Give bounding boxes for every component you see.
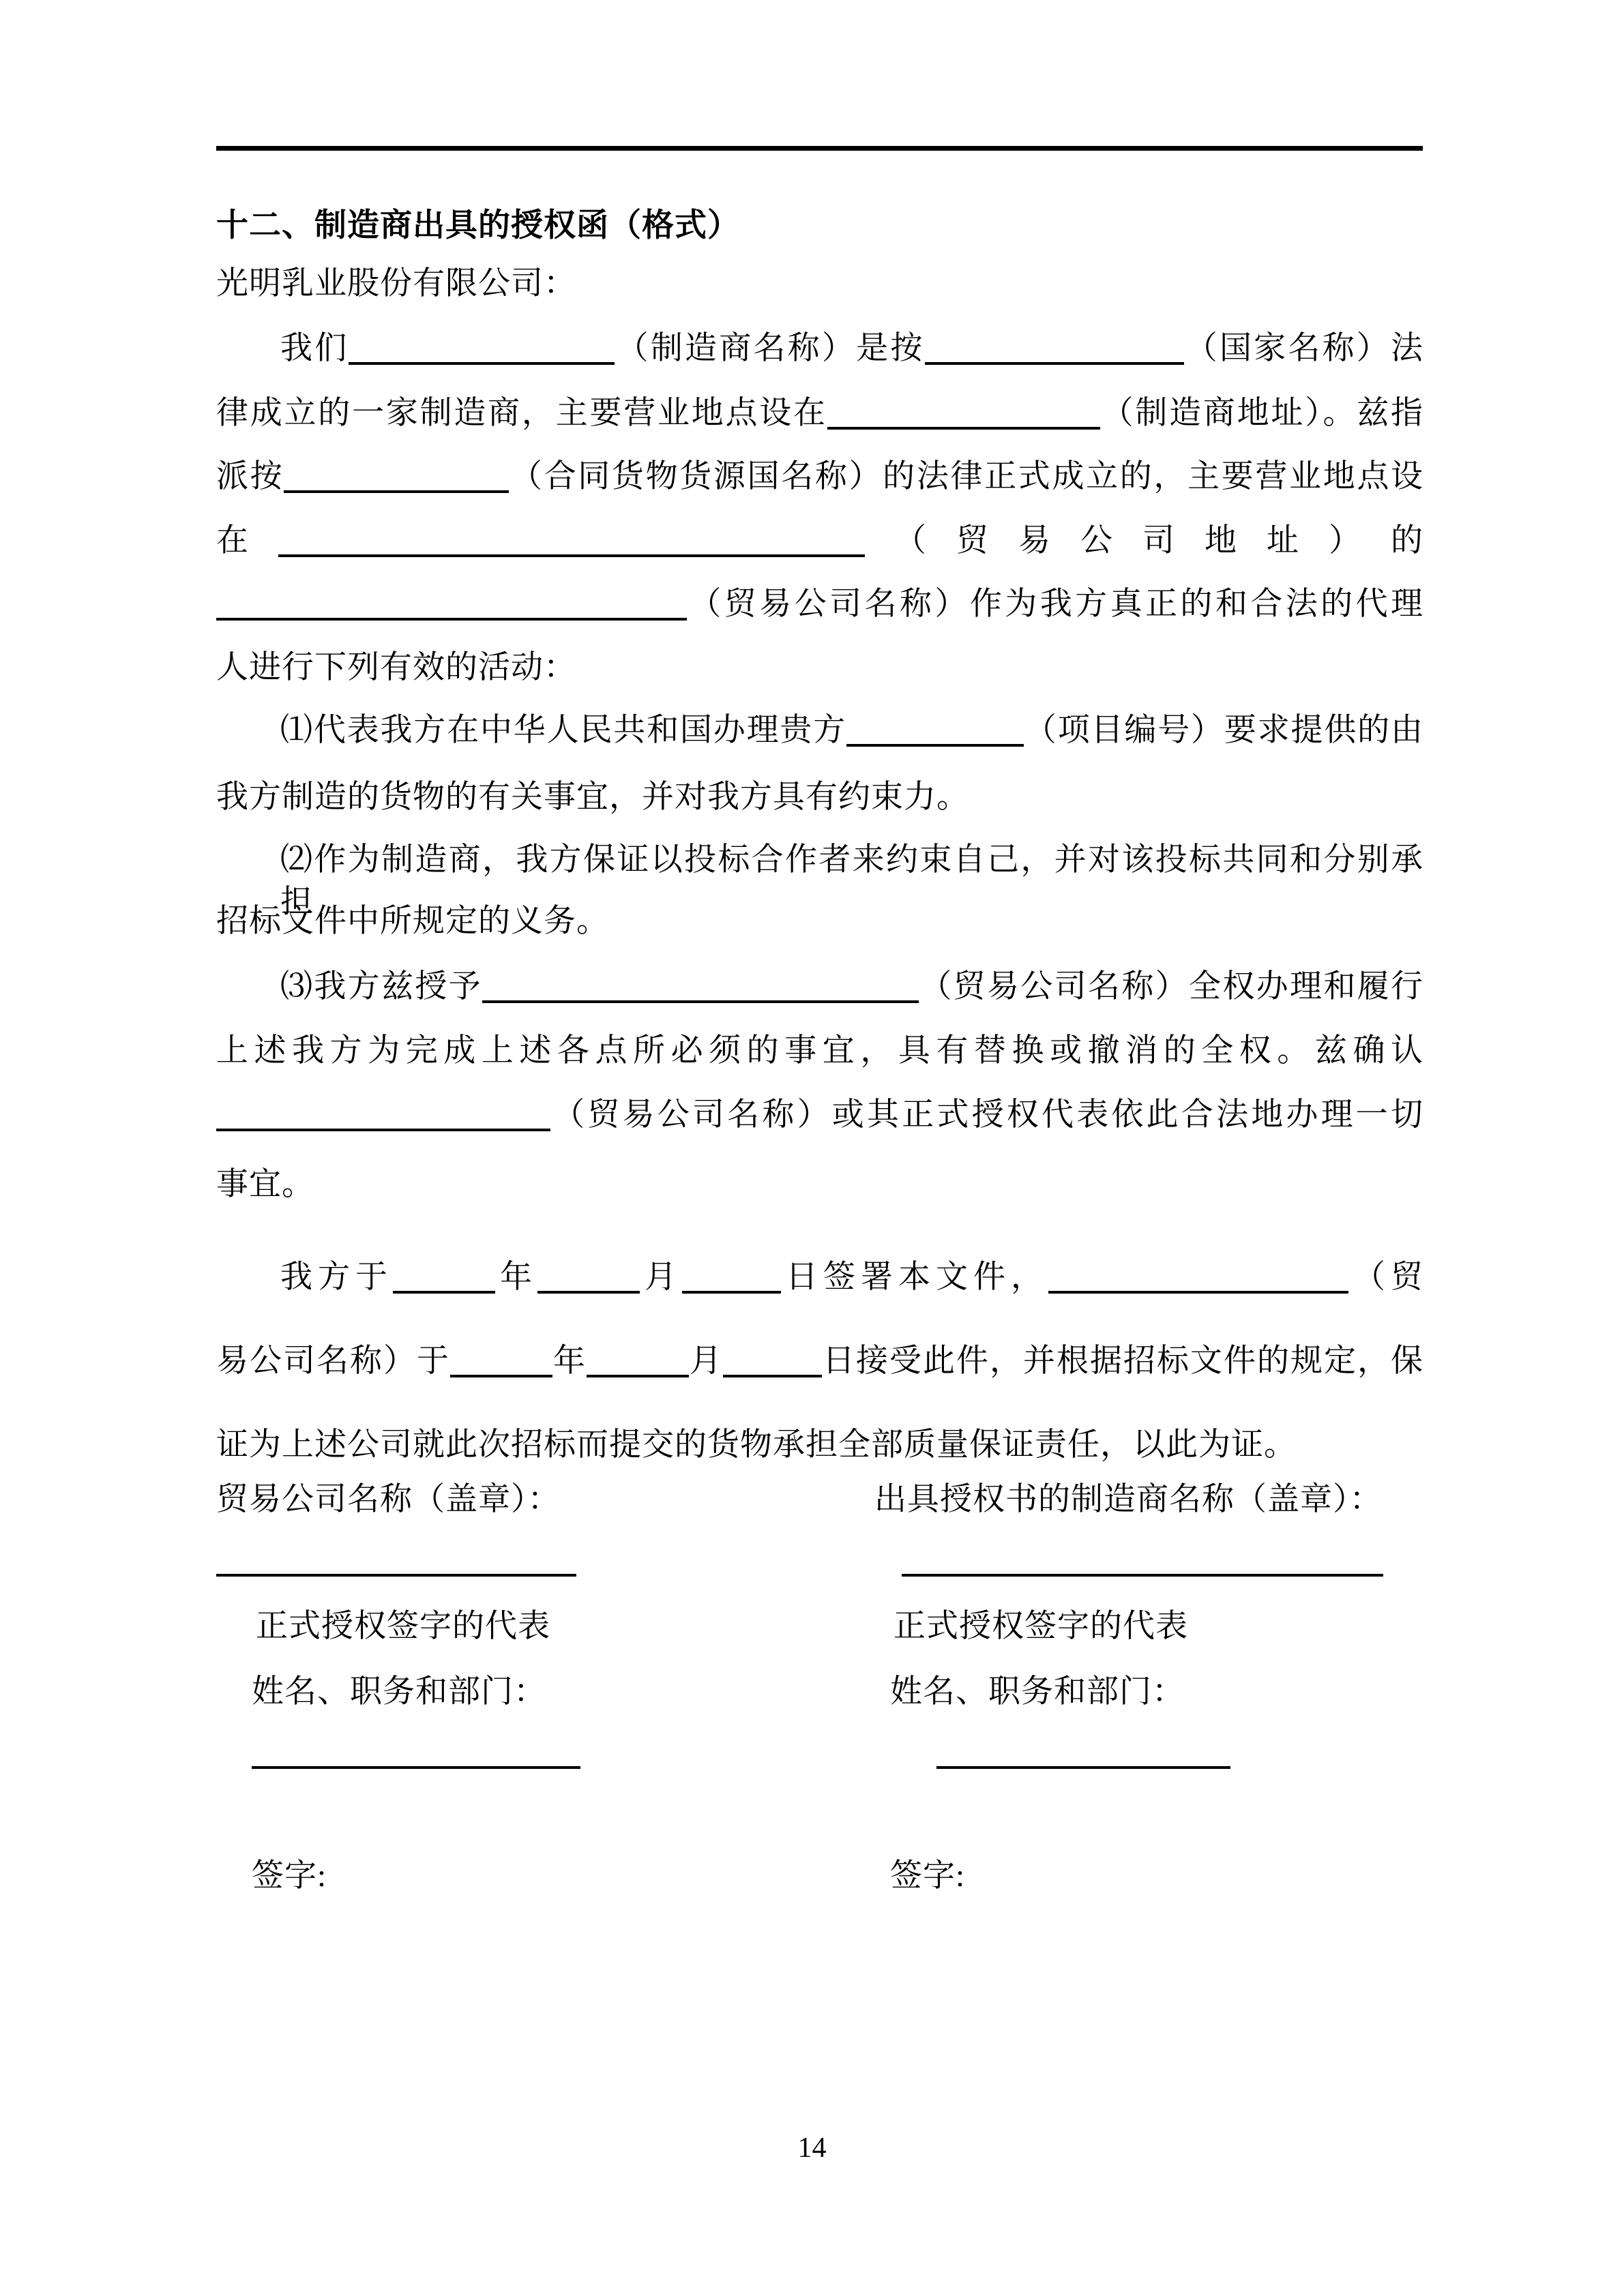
body-line: 易公司名称）于年月日接受此件，并根据招标文件的规定，保	[216, 1340, 1423, 1382]
body-text: 我方制造的货物的有关事宜，并对我方具有约束力。	[216, 779, 969, 815]
fill-in-blank	[537, 1291, 640, 1294]
fill-in-blank	[278, 554, 865, 557]
signature-label: 正式授权签字的代表	[894, 1605, 1188, 1648]
body-line: 我方于年月日签署本文件，（贸	[216, 1256, 1423, 1298]
body-text: 日接受此件，并根据招标文件的规定，保	[822, 1343, 1423, 1379]
body-text: （合同货物货源国名称）的法律正式成立的，主要营业地点设	[509, 459, 1423, 494]
body-text: 日签署本文件，	[781, 1259, 1048, 1295]
body-line: 证为上述公司就此次招标而提交的货物承担全部质量保证责任，以此为证。	[216, 1424, 1423, 1466]
body-text: （贸易公司地址）的	[865, 523, 1423, 558]
body-text: （贸	[1348, 1259, 1423, 1295]
body-line: （贸易公司名称）作为我方真正的和合法的代理	[216, 583, 1423, 625]
body-line: 律成立的一家制造商，主要营业地点设在（制造商地址）。兹指	[216, 392, 1423, 434]
body-text: ⑴代表我方在中华人民共和国办理贵方	[280, 713, 846, 748]
salutation: 光明乳业股份有限公司：	[216, 263, 1423, 305]
body-line: 我方制造的货物的有关事宜，并对我方具有约束力。	[216, 776, 1423, 818]
body-text: 我方于	[280, 1259, 393, 1295]
body-text: （制造商地址）。兹指	[1100, 396, 1423, 431]
body-text: 人进行下列有效的活动：	[216, 650, 576, 685]
body-line: 上述我方为完成上述各点所必须的事宜，具有替换或撤消的全权。兹确认	[216, 1030, 1423, 1072]
fill-in-blank	[827, 427, 1100, 430]
body-text: （贸易公司名称）全权办理和履行	[919, 969, 1423, 1004]
fill-in-blank	[349, 362, 615, 365]
page-number: 14	[0, 2132, 1624, 2164]
signature-label: 姓名、职务和部门：	[252, 1671, 546, 1713]
body-line: （贸易公司名称）或其正式授权代表依此合法地办理一切	[216, 1094, 1423, 1136]
fill-in-blank	[482, 1000, 919, 1003]
body-text: 月	[640, 1259, 682, 1295]
body-text: 年	[495, 1259, 537, 1295]
body-text: （贸易公司名称）或其正式授权代表依此合法地办理一切	[550, 1097, 1423, 1133]
signature-label: 正式授权签字的代表	[256, 1605, 550, 1648]
fill-in-blank	[1048, 1291, 1348, 1294]
fill-in-blank	[216, 618, 687, 621]
body-text: ⑶我方兹授予	[280, 969, 482, 1004]
signature-label: 贸易公司名称（盖章）：	[216, 1478, 561, 1521]
body-text: 律成立的一家制造商，主要营业地点设在	[216, 396, 827, 431]
fill-in-blank	[846, 744, 1024, 747]
signature-underline	[902, 1574, 1383, 1577]
fill-in-blank	[450, 1375, 552, 1377]
body-line: 事宜。	[216, 1163, 1423, 1206]
body-text: 易公司名称）于	[216, 1343, 450, 1379]
signature-underline	[936, 1766, 1230, 1769]
signature-label: 签字:	[252, 1855, 327, 1897]
body-text: （贸易公司名称）作为我方真正的和合法的代理	[687, 586, 1423, 622]
body-line: ⑵作为制造商，我方保证以投标合作者来约束自己，并对该投标共同和分别承担	[216, 839, 1423, 881]
signature-underline	[216, 1574, 576, 1577]
body-line: ⑴代表我方在中华人民共和国办理贵方（项目编号）要求提供的由	[216, 709, 1423, 751]
body-line: 招标文件中所规定的义务。	[216, 900, 1423, 942]
body-text: 上述我方为完成上述各点所必须的事宜，具有替换或撤消的全权。兹确认	[216, 1033, 1423, 1069]
body-text: 年	[552, 1343, 587, 1379]
body-text: （项目编号）要求提供的由	[1024, 713, 1423, 748]
fill-in-blank	[925, 362, 1184, 365]
fill-in-blank	[723, 1375, 822, 1377]
section-title: 十二、制造商出具的授权函（格式）	[216, 205, 1423, 247]
document-page: 十二、制造商出具的授权函（格式） 光明乳业股份有限公司： 我们（制造商名称）是按…	[0, 0, 1624, 2296]
body-text: 我们	[280, 331, 349, 366]
body-text: （国家名称）法	[1184, 331, 1423, 366]
signature-label: 签字:	[890, 1855, 965, 1897]
body-line: ⑶我方兹授予（贸易公司名称）全权办理和履行	[216, 966, 1423, 1008]
fill-in-blank	[216, 1129, 550, 1131]
body-text: 事宜。	[216, 1167, 314, 1202]
body-text: 证为上述公司就此次招标而提交的货物承担全部质量保证责任，以此为证。	[216, 1427, 1297, 1463]
signature-underline	[252, 1766, 580, 1769]
body-line: 在（贸易公司地址）的	[216, 520, 1423, 562]
signature-label: 姓名、职务和部门：	[890, 1671, 1185, 1713]
body-line: 派按（合同货物货源国名称）的法律正式成立的，主要营业地点设	[216, 456, 1423, 498]
body-text: 招标文件中所规定的义务。	[216, 904, 609, 939]
body-text: 月	[689, 1343, 723, 1379]
body-text: （制造商名称）是按	[615, 331, 924, 366]
fill-in-blank	[682, 1291, 781, 1294]
body-text: 派按	[216, 459, 284, 494]
header-rule	[216, 146, 1423, 151]
body-text: 在	[216, 523, 278, 558]
signature-label: 出具授权书的制造商名称（盖章）：	[874, 1478, 1383, 1521]
fill-in-blank	[587, 1375, 689, 1377]
fill-in-blank	[393, 1291, 495, 1294]
fill-in-blank	[284, 490, 509, 493]
body-line: 我们（制造商名称）是按（国家名称）法	[216, 327, 1423, 370]
body-line: 人进行下列有效的活动：	[216, 646, 1423, 689]
